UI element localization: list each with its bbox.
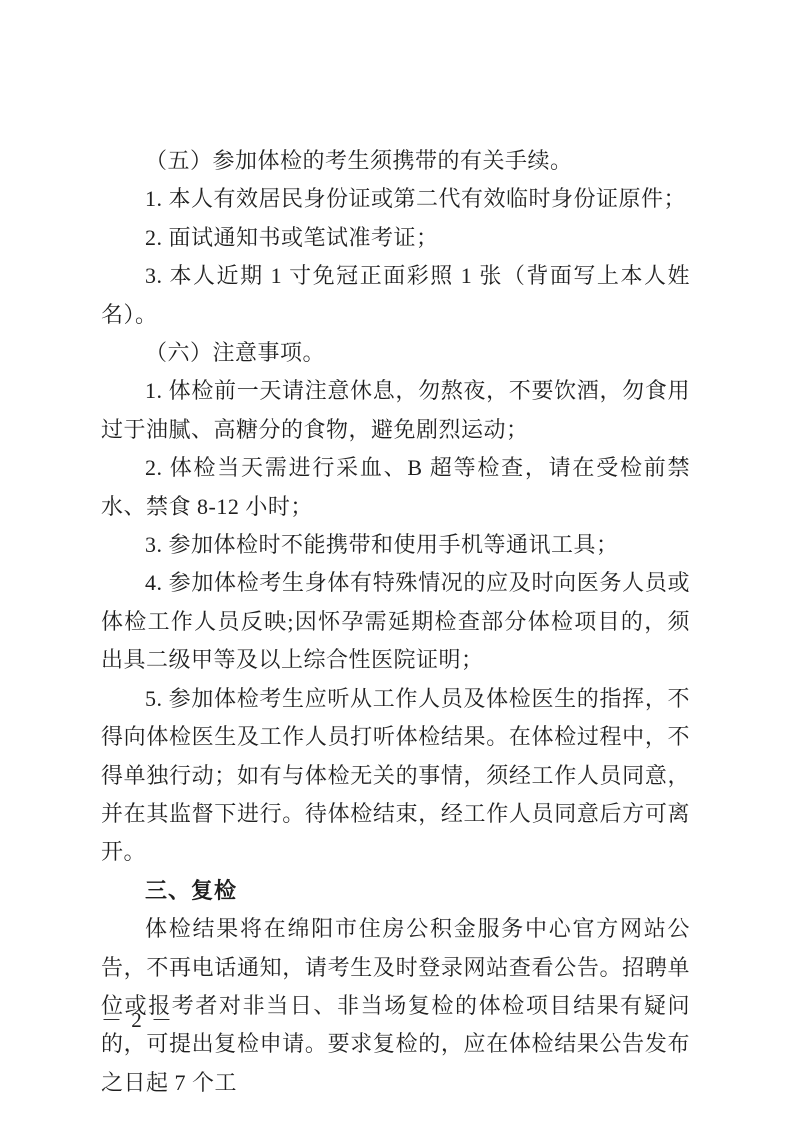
document-page: （五）参加体检的考生须携带的有关手续。 1. 本人有效居民身份证或第二代有效临时…	[0, 0, 793, 1122]
document-body: （五）参加体检的考生须携带的有关手续。 1. 本人有效居民身份证或第二代有效临时…	[101, 142, 690, 1102]
para-required-item-2: 2. 面试通知书或笔试准考证；	[101, 219, 690, 257]
para-note-4: 4. 参加体检考生身体有特殊情况的应及时向医务人员或体检工作人员反映;因怀孕需延…	[101, 564, 690, 679]
para-section5-title: （五）参加体检的考生须携带的有关手续。	[101, 142, 690, 180]
page-number: － 2 －	[101, 1005, 174, 1035]
para-recheck-body: 体检结果将在绵阳市住房公积金服务中心官方网站公告，不再电话通知，请考生及时登录网…	[101, 910, 690, 1102]
para-section6-title: （六）注意事项。	[101, 334, 690, 372]
para-note-1: 1. 体检前一天请注意休息，勿熬夜，不要饮酒，勿食用过于油腻、高糖分的食物，避免…	[101, 372, 690, 449]
section-heading-recheck: 三、复检	[101, 872, 690, 910]
para-required-item-1: 1. 本人有效居民身份证或第二代有效临时身份证原件；	[101, 180, 690, 218]
para-note-3: 3. 参加体检时不能携带和使用手机等通讯工具；	[101, 526, 690, 564]
para-note-5: 5. 参加体检考生应听从工作人员及体检医生的指挥，不得向体检医生及工作人员打听体…	[101, 680, 690, 872]
para-required-item-3: 3. 本人近期 1 寸免冠正面彩照 1 张（背面写上本人姓名）。	[101, 257, 690, 334]
para-note-2: 2. 体检当天需进行采血、B 超等检查，请在受检前禁水、禁食 8-12 小时；	[101, 449, 690, 526]
